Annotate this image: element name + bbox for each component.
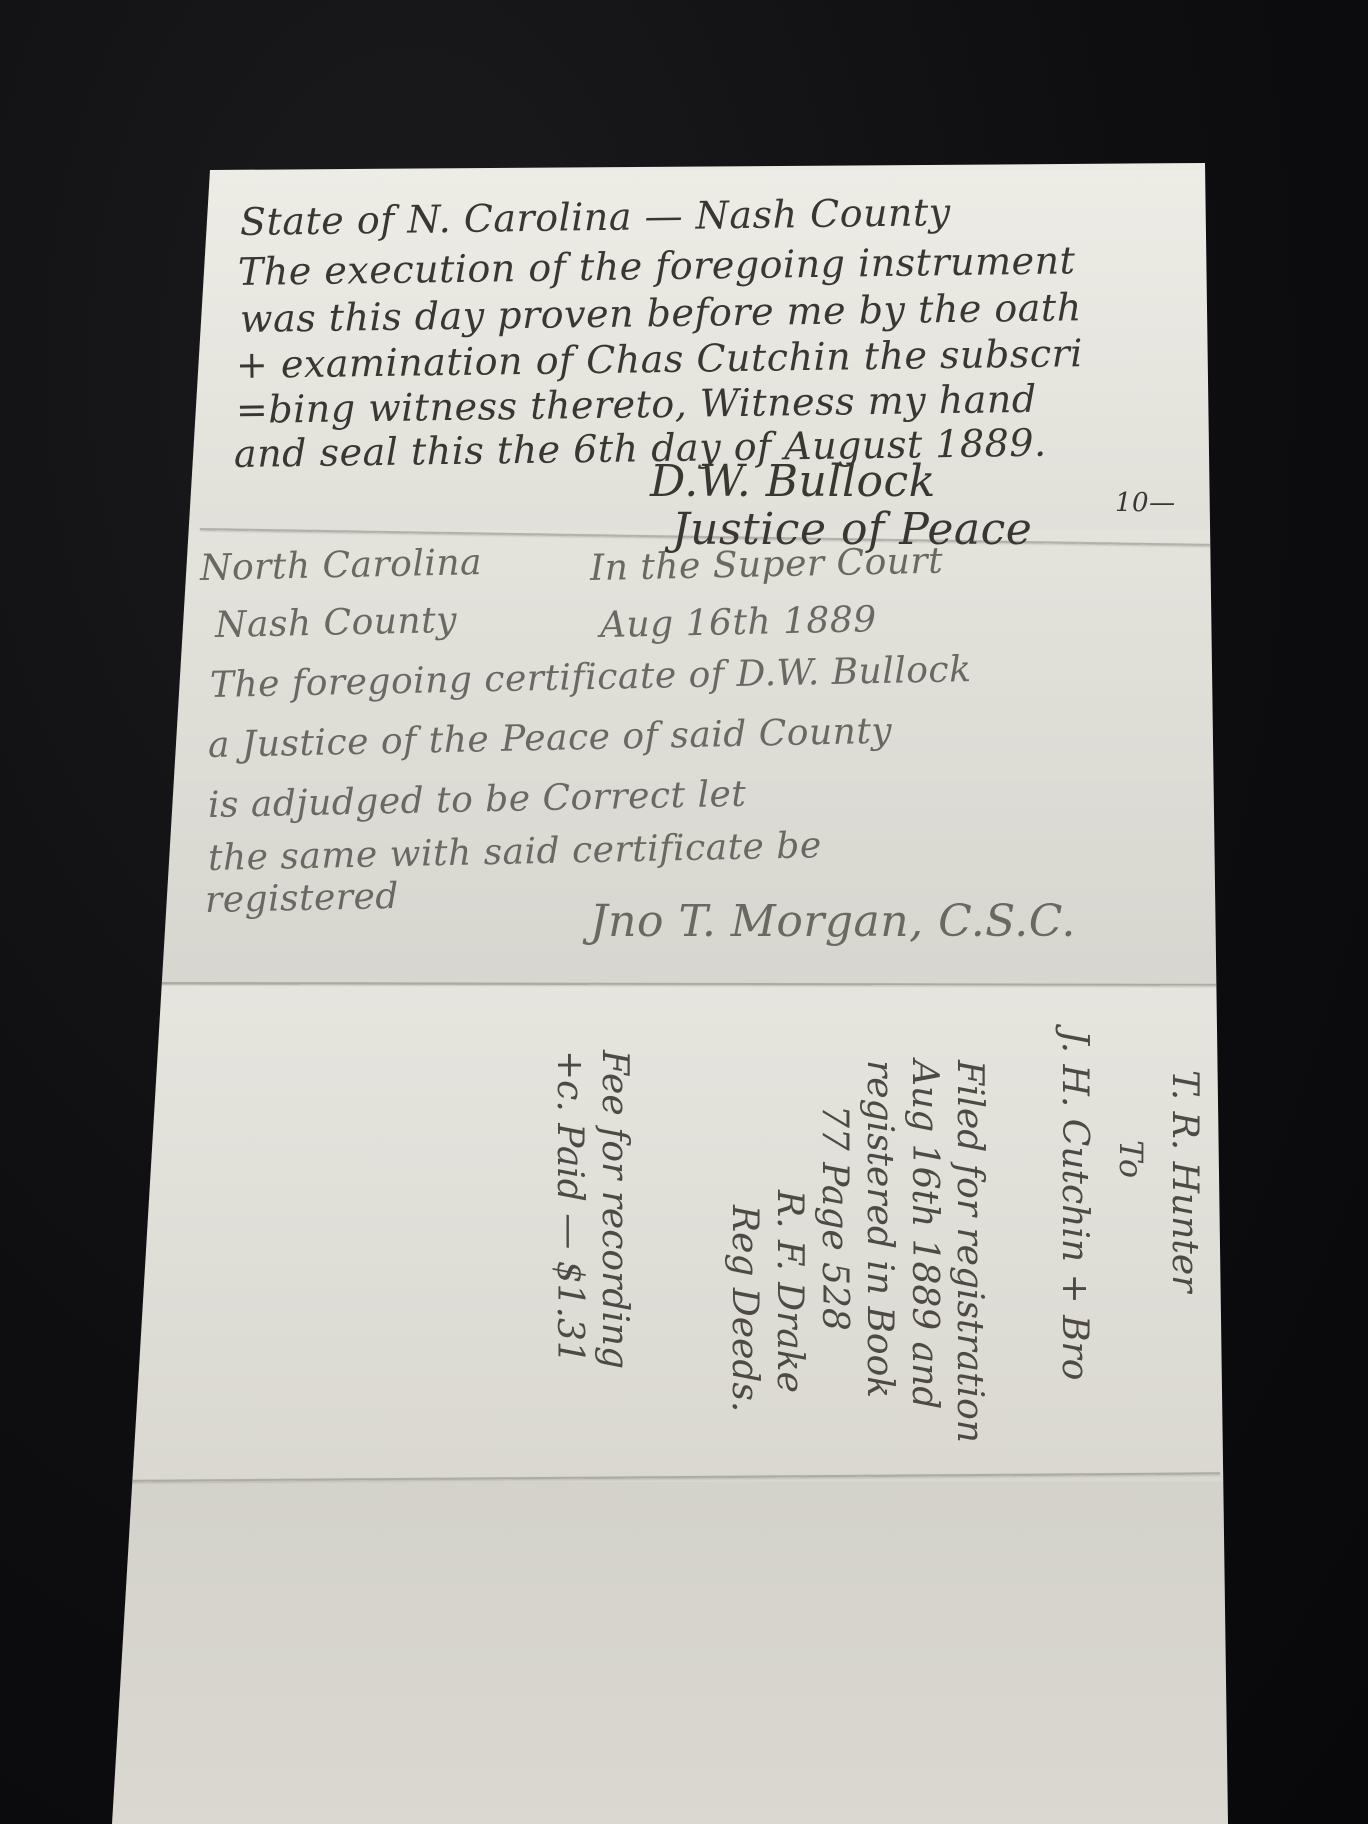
caption-county: Nash County xyxy=(215,600,458,646)
docket-register-name: R. F. Drake xyxy=(769,1190,810,1393)
paper-panel-bottom xyxy=(0,1482,1368,1824)
docket-filing-line: Aug 16th 1889 and xyxy=(904,1060,945,1409)
caption-date: Aug 16th 1889 xyxy=(600,599,878,646)
docket-fee-line: Fee for recording xyxy=(594,1050,635,1369)
docket-fee-paid: +c. Paid — $1.31 xyxy=(549,1050,590,1364)
paper-panel-third xyxy=(0,985,1368,1482)
clerk-signature: Jno T. Morgan, C.S.C. xyxy=(590,896,1076,947)
document-paper: State of N. Carolina — Nash County The e… xyxy=(0,0,1368,1824)
caption-state: North Carolina xyxy=(200,542,483,589)
docket-to: To xyxy=(1112,1140,1150,1178)
justice-signature: D.W. Bullock xyxy=(650,456,936,507)
margin-note: 10— xyxy=(1115,488,1176,518)
docket-grantee: J. H. Cutchin + Bro xyxy=(1054,1030,1095,1380)
caption-court: In the Super Court xyxy=(590,541,944,589)
docket-register-title: Reg Deeds. xyxy=(724,1205,765,1412)
docket-filing-line: Filed for registration xyxy=(949,1060,990,1443)
certificate-line: registered xyxy=(205,876,400,921)
docket-grantor: T. R. Hunter xyxy=(1164,1070,1205,1292)
docket-book-page: 77 Page 528 xyxy=(814,1105,855,1331)
docket-filing-line: registered in Book xyxy=(859,1060,900,1398)
